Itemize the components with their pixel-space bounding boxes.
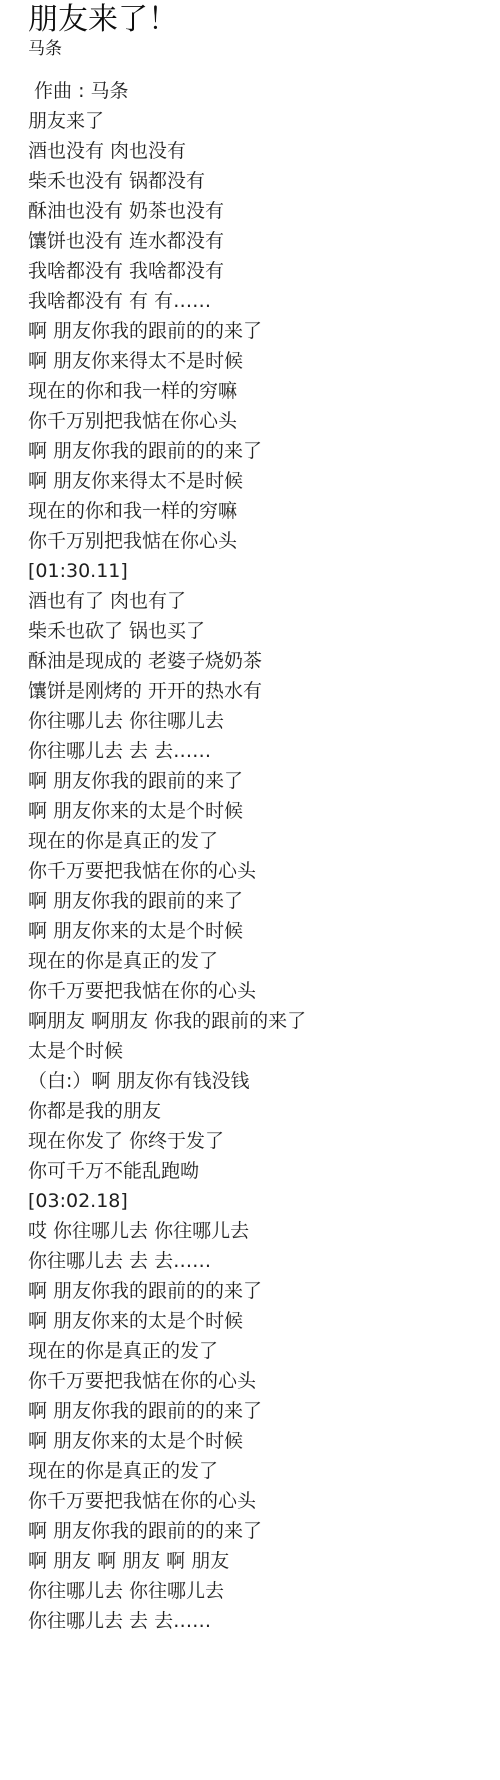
lyric-line: 你千万别把我惦在你心头	[28, 406, 480, 436]
lyric-line: 酥油是现成的 老婆子烧奶茶	[28, 646, 480, 676]
lyric-line: 柴禾也砍了 锅也买了	[28, 616, 480, 646]
lyric-line: 你千万别把我惦在你心头	[28, 526, 480, 556]
lyric-line: [03:02.18]	[28, 1186, 480, 1216]
lyric-line: 啊 朋友你我的跟前的来了	[28, 886, 480, 916]
lyric-line: 现在的你是真正的发了	[28, 1336, 480, 1366]
lyric-line: 你可千万不能乱跑呦	[28, 1156, 480, 1186]
lyric-line: 酥油也没有 奶茶也没有	[28, 196, 480, 226]
lyric-line: 啊 朋友你来的太是个时候	[28, 796, 480, 826]
lyric-line: 啊 朋友你来的太是个时候	[28, 916, 480, 946]
lyric-line: 柴禾也没有 锅都没有	[28, 166, 480, 196]
lyric-line: 你往哪儿去 你往哪儿去	[28, 1576, 480, 1606]
lyric-line: 你往哪儿去 去 去……	[28, 1606, 480, 1636]
lyric-line: 哎 你往哪儿去 你往哪儿去	[28, 1216, 480, 1246]
lyric-line: 啊 朋友你我的跟前的的来了	[28, 1276, 480, 1306]
lyric-line: 啊 朋友 啊 朋友 啊 朋友	[28, 1546, 480, 1576]
lyric-line: 太是个时候	[28, 1036, 480, 1066]
lyrics-body: 作曲 : 马条朋友来了酒也没有 肉也没有柴禾也没有 锅都没有酥油也没有 奶茶也没…	[28, 76, 480, 1636]
lyric-line: 你千万要把我惦在你的心头	[28, 976, 480, 1006]
lyric-line: 啊 朋友你来的太是个时候	[28, 1426, 480, 1456]
lyric-line: 现在的你和我一样的穷嘛	[28, 376, 480, 406]
lyric-line: 啊朋友 啊朋友 你我的跟前的来了	[28, 1006, 480, 1036]
lyric-line: 酒也有了 肉也有了	[28, 586, 480, 616]
lyric-line: 你千万要把我惦在你的心头	[28, 856, 480, 886]
lyric-line: 现在你发了 你终于发了	[28, 1126, 480, 1156]
lyric-line: 啊 朋友你我的跟前的的来了	[28, 1516, 480, 1546]
lyric-line: 我啥都没有 我啥都没有	[28, 256, 480, 286]
lyric-line: 你都是我的朋友	[28, 1096, 480, 1126]
artist-name: 马条	[28, 38, 480, 60]
lyric-line: 啊 朋友你来得太不是时候	[28, 466, 480, 496]
lyric-line: 你千万要把我惦在你的心头	[28, 1366, 480, 1396]
lyric-line: 现在的你是真正的发了	[28, 826, 480, 856]
lyric-line: 你往哪儿去 去 去……	[28, 1246, 480, 1276]
lyric-line: 我啥都没有 有 有……	[28, 286, 480, 316]
lyric-line: （白:）啊 朋友你有钱没钱	[28, 1066, 480, 1096]
lyric-line: 作曲 : 马条	[28, 76, 480, 106]
lyric-line: 你往哪儿去 你往哪儿去	[28, 706, 480, 736]
lyric-line: 啊 朋友你来得太不是时候	[28, 346, 480, 376]
lyric-line: 啊 朋友你来的太是个时候	[28, 1306, 480, 1336]
lyric-line: 你千万要把我惦在你的心头	[28, 1486, 480, 1516]
lyric-line: 现在的你是真正的发了	[28, 946, 480, 976]
lyrics-page: 朋友来了！ 马条 作曲 : 马条朋友来了酒也没有 肉也没有柴禾也没有 锅都没有酥…	[0, 0, 500, 1636]
lyric-line: 朋友来了	[28, 106, 480, 136]
lyric-line: 啊 朋友你我的跟前的的来了	[28, 316, 480, 346]
lyric-line: 馕饼是刚烤的 开开的热水有	[28, 676, 480, 706]
lyric-line: 你往哪儿去 去 去……	[28, 736, 480, 766]
lyric-line: 啊 朋友你我的跟前的的来了	[28, 1396, 480, 1426]
lyric-line: 啊 朋友你我的跟前的的来了	[28, 436, 480, 466]
lyric-line: [01:30.11]	[28, 556, 480, 586]
lyric-line: 现在的你和我一样的穷嘛	[28, 496, 480, 526]
lyric-line: 现在的你是真正的发了	[28, 1456, 480, 1486]
lyric-line: 酒也没有 肉也没有	[28, 136, 480, 166]
lyric-line: 馕饼也没有 连水都没有	[28, 226, 480, 256]
song-title: 朋友来了！	[28, 2, 480, 38]
lyric-line: 啊 朋友你我的跟前的来了	[28, 766, 480, 796]
